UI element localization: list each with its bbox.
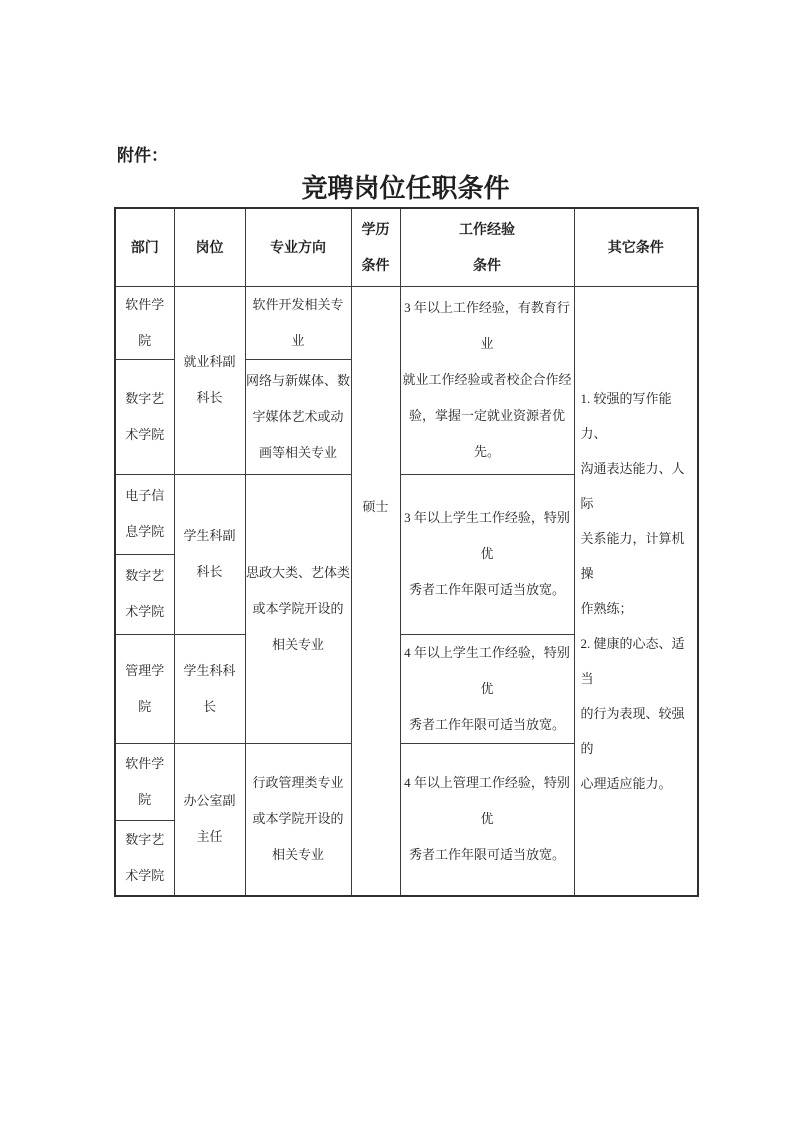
header-position: 岗位 <box>174 208 245 286</box>
cell-department-software-college-2: 软件学 院 <box>115 743 174 820</box>
attachment-label: 附件： <box>117 144 168 168</box>
cell-department-digital-art-college-2: 数字艺 术学院 <box>115 554 174 634</box>
header-major: 专业方向 <box>245 208 351 286</box>
cell-department-digital-art-college-3: 数字艺 术学院 <box>115 820 174 896</box>
cell-experience-student-3yr: 3 年以上学生工作经验，特别优 秀者工作年限可适当放宽。 <box>400 474 574 634</box>
page-title: 竞聘岗位任职条件 <box>114 172 697 206</box>
header-other-requirement: 其它条件 <box>574 208 698 286</box>
header-experience-requirement: 工作经验 条件 <box>400 208 574 286</box>
cell-major-software-dev: 软件开发相关专 业 <box>245 286 351 359</box>
table-header-row: 部门 岗位 专业方向 学历 条件 工作经验 条件 其它条件 <box>115 208 698 286</box>
cell-department-management-college: 管理学 院 <box>115 634 174 743</box>
cell-experience-employment: 3 年以上工作经验，有教育行业 就业工作经验或者校企合作经 验，掌握一定就业资源… <box>400 286 574 474</box>
cell-experience-student-4yr: 4 年以上学生工作经验，特别优 秀者工作年限可适当放宽。 <box>400 634 574 743</box>
table-row: 软件学 院 就业科副 科长 软件开发相关专 业 硕士 3 年以上工作经验，有教育… <box>115 286 698 359</box>
cell-position-student-chief: 学生科科 长 <box>174 634 245 743</box>
cell-department-electronic-info-college: 电子信 息学院 <box>115 474 174 554</box>
cell-department-software-college-1: 软件学 院 <box>115 286 174 359</box>
cell-major-ideology-art: 思政大类、艺体类 或本学院开设的 相关专业 <box>245 474 351 743</box>
cell-position-office-deputy-director: 办公室副 主任 <box>174 743 245 896</box>
cell-other-conditions: 1. 较强的写作能力、 沟通表达能力、人际 关系能力，计算机操 作熟练； 2. … <box>574 286 698 896</box>
document-page: 附件： 竞聘岗位任职条件 部门 岗位 专业方向 学历 条件 工作经验 条件 其它… <box>0 0 793 1122</box>
cell-education-masters: 硕士 <box>351 286 400 896</box>
header-education-requirement: 学历 条件 <box>351 208 400 286</box>
cell-major-new-media: 网络与新媒体、数 字媒体艺术或动 画等相关专业 <box>245 359 351 474</box>
cell-major-admin: 行政管理类专业 或本学院开设的 相关专业 <box>245 743 351 896</box>
header-department: 部门 <box>115 208 174 286</box>
cell-position-student-deputy-chief: 学生科副 科长 <box>174 474 245 634</box>
cell-position-employment-deputy-chief: 就业科副 科长 <box>174 286 245 474</box>
cell-experience-management-4yr: 4 年以上管理工作经验，特别优 秀者工作年限可适当放宽。 <box>400 743 574 896</box>
positions-table: 部门 岗位 专业方向 学历 条件 工作经验 条件 其它条件 软件学 院 就业科副… <box>114 207 699 897</box>
cell-department-digital-art-college-1: 数字艺 术学院 <box>115 359 174 474</box>
